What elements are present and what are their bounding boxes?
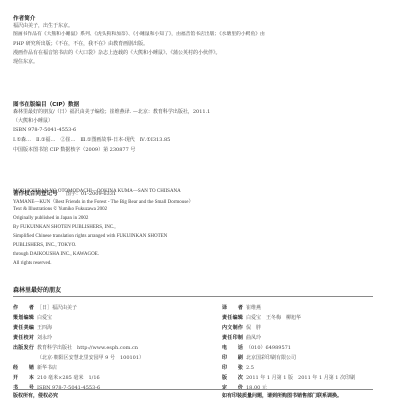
copyright-line: By FUKUINKAN SHOTEN PUBLISHERS, INC.,	[13, 225, 116, 230]
cip-line: （大熊和小睡鼠）	[13, 118, 53, 124]
author-intro-heading: 作者简介	[13, 14, 35, 22]
author-intro-line: 现住东京。	[13, 59, 38, 65]
author-intro-line: 漫画作品有在福音馆书店的《大口袋》杂志上连载的《大熊和小睡鼠》、《蒲公英村的小伙…	[13, 50, 221, 56]
colophon-row: 印 张2.5	[222, 360, 254, 367]
author-intro-line: PHP 研究所出版；《不在，不在，我不在》由教育画剧出版。	[13, 41, 148, 47]
copyright-line: Originally published in Japan in 2002	[13, 216, 88, 221]
colophon-row: 内文制作侃 胖	[222, 320, 261, 327]
copyright-line: YAMANE—KUN（Best Friends in the Forest - …	[13, 198, 193, 205]
rights-reserved-notice: 版权所有，侵权必究	[13, 392, 58, 399]
colophon-row: 责任编辑白爱宝 王冬梅 柳旭华	[222, 310, 301, 317]
colophon-row: 版 次2011 年 1 月第 1 版 2011 年 1 月第 1 次印刷	[222, 370, 355, 377]
colophon-row: 责任美编王四海	[13, 320, 52, 327]
quality-notice: 如有印装质量问题，请到所购图书销售部门联系调换。	[222, 392, 342, 399]
colophon-row: 出版发行教育科学出版社 http://www.esph.com.cn	[13, 340, 138, 347]
copyright-line: Simplified Chinese translation rights ar…	[13, 234, 167, 239]
copyright-line: PUBLISHERS, INC., TOKYO.	[13, 243, 76, 248]
colophon-row: 责任校对刘永玲	[13, 330, 52, 337]
colophon-top-rule	[13, 296, 373, 297]
colophon-row: 印 刷北京国彩印刷有限公司	[222, 350, 296, 357]
colophon-row: 作 者［日］福沢由美子	[13, 300, 77, 307]
colophon-row: （北京·朝阳区安慧北里安园甲 9 号 100101）	[13, 350, 144, 357]
copyright-line: through DAIKOUSHA INC., KAWAGOE.	[13, 252, 99, 257]
colophon-row: 经 销新华书店	[13, 360, 57, 367]
author-intro-line: 福沢由美子，出生于东京。	[13, 23, 73, 29]
colophon-bottom-rule	[13, 389, 373, 390]
author-intro-line: 图画书作品有《大熊和小睡鼠》系列、《虎头狗和加奈》、《小睡鼠和小知了》，由福音馆…	[13, 32, 265, 38]
colophon-row: 定 价18.00 元	[222, 380, 267, 387]
colophon-row: 书 号ISBN 978-7-5041-4553-6	[13, 380, 100, 387]
cip-isbn: ISBN 978-7-5041-4553-6	[13, 127, 76, 133]
copyright-line: Text & Illustrations © Yumiko Fukuzawa 2…	[13, 207, 107, 212]
colophon-title: 森林里最好的朋友	[13, 285, 61, 294]
colophon-row: 电 话（010）64989571	[222, 340, 291, 347]
colophon-row: 译 者崔维燕	[222, 300, 261, 307]
cip-line: 森林里最好的朋友/（日）福沢由美子编绘；崔维燕译. —北京：教育科学出版社，20…	[13, 109, 210, 115]
colophon-row: 开 本210 毫米×285 毫米 1/16	[13, 370, 100, 377]
cip-classification: Ⅰ.①森… Ⅱ.①福… ②崔… Ⅲ.①图画故事-日本-现代 Ⅳ.①I313.85	[13, 137, 170, 143]
cip-heading: 图书在版编目（CIP）数据	[13, 100, 79, 108]
copyright-line: MORI ICHIBAN NO OTOMODACHI—OOKINA KUMA—S…	[13, 189, 181, 194]
colophon-row: 策划编辑白爱宝	[13, 310, 52, 317]
colophon-row: 责任印制曲凤玲	[222, 330, 261, 337]
cip-record-number: 中国版本图书馆 CIP 数据核字（2009）第 230877 号	[13, 147, 135, 153]
copyright-line: All rights reserved.	[13, 261, 51, 266]
